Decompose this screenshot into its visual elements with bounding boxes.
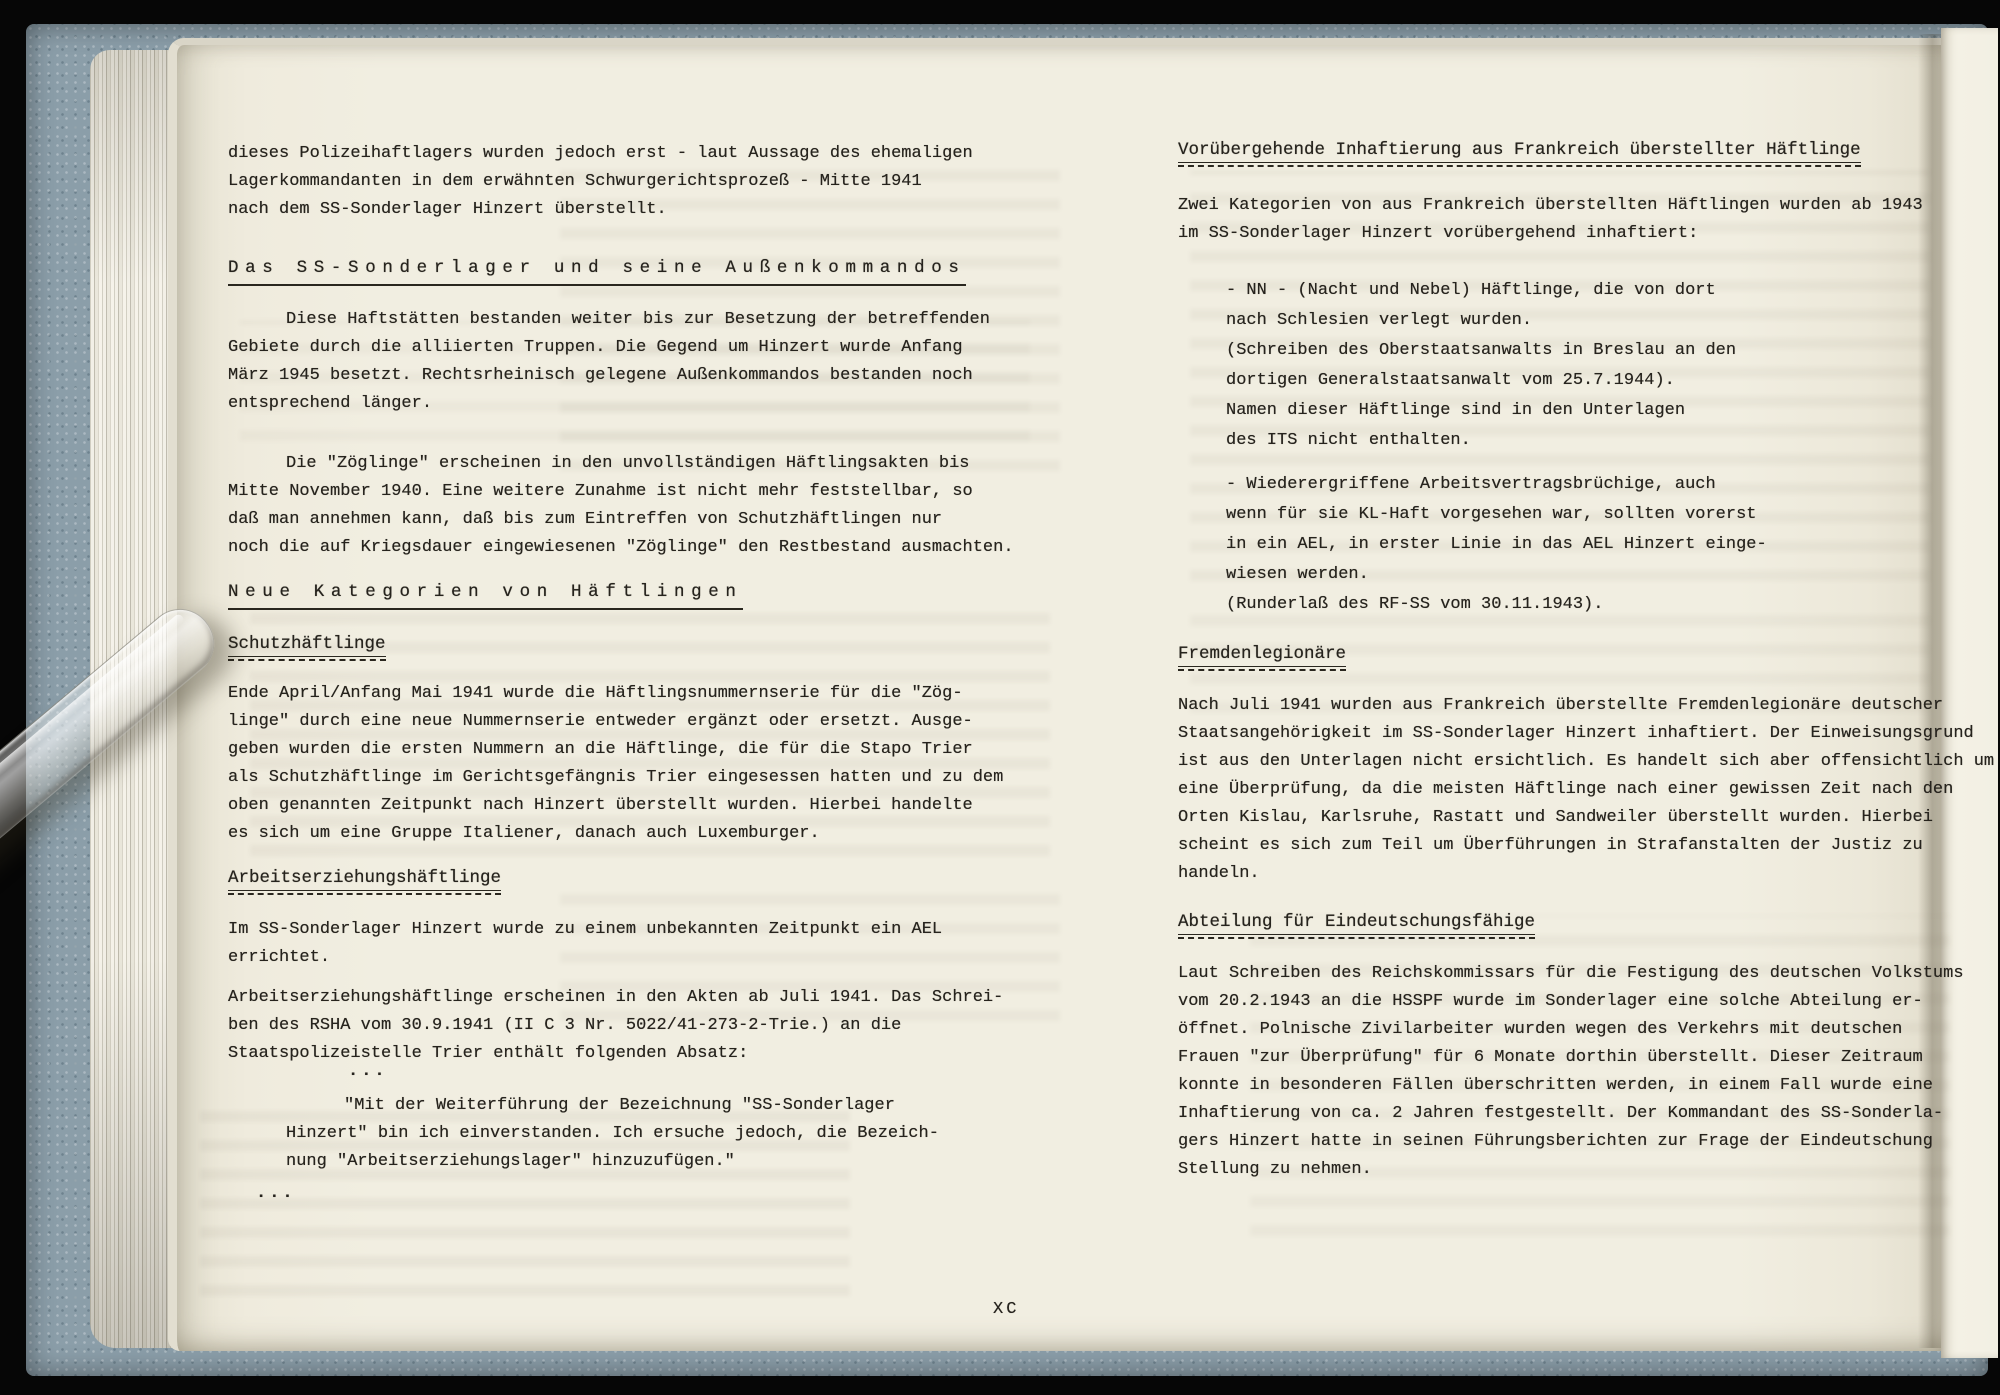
subsection-heading-label: Schutzhäftlinge [228, 634, 386, 657]
paragraph: Ende April/Anfang Mai 1941 wurde die Häf… [228, 680, 1003, 848]
section-heading-fremdenlegionaere: Fremdenlegionäre [1178, 644, 1346, 671]
section-heading-label: Neue Kategorien von Häftlingen [228, 582, 743, 610]
section-heading-eindeutschung: Abteilung für Eindeutschungsfähige [1178, 912, 1535, 939]
section-heading-label: Abteilung für Eindeutschungsfähige [1178, 912, 1535, 935]
section-heading-label: Vorübergehende Inhaftierung aus Frankrei… [1178, 140, 1861, 163]
left-text-column: dieses Polizeihaftlagers wurden jedoch e… [228, 0, 1073, 1395]
paragraph: Im SS-Sonderlager Hinzert wurde zu einem… [228, 916, 942, 972]
paragraph-intro: dieses Polizeihaftlagers wurden jedoch e… [228, 140, 973, 224]
paragraph: Diese Haftstätten bestanden weiter bis z… [228, 306, 990, 418]
list-item-nn: - NN - (Nacht und Nebel) Häftlinge, die … [1226, 276, 1736, 456]
paragraph: Nach Juli 1941 wurden aus Frankreich übe… [1178, 692, 1994, 888]
section-heading-label: Das SS-Sonderlager und seine Außenkomman… [228, 258, 966, 286]
paragraph: Arbeitserziehungshäftlinge erscheinen in… [228, 984, 1003, 1068]
book-photo: dieses Polizeihaftlagers wurden jedoch e… [0, 0, 2000, 1395]
subsection-heading-schutzhaeftlinge: Schutzhäftlinge [228, 634, 386, 661]
list-item-wiederergriffene: - Wiederergriffene Arbeitsvertragsbrüchi… [1226, 470, 1767, 620]
paragraph: Zwei Kategorien von aus Frankreich übers… [1178, 192, 1923, 248]
page-number: XC [993, 1300, 1019, 1319]
block-quote: "Mit der Weiterführung der Bezeichnung "… [286, 1092, 939, 1176]
paragraph: Laut Schreiben des Reichskommissars für … [1178, 960, 1964, 1184]
section-heading-label: Fremdenlegionäre [1178, 644, 1346, 667]
section-heading-sonderlager: Das SS-Sonderlager und seine Außenkomman… [228, 258, 966, 286]
right-text-column: Vorübergehende Inhaftierung aus Frankrei… [1178, 0, 1978, 1395]
section-heading-voruebergehende: Vorübergehende Inhaftierung aus Frankrei… [1178, 140, 1861, 167]
ellipsis: ... [256, 1180, 296, 1208]
subsection-heading-arbeitserziehung: Arbeitserziehungshäftlinge [228, 868, 501, 895]
subsection-heading-label: Arbeitserziehungshäftlinge [228, 868, 501, 891]
paragraph: Die "Zöglinge" erscheinen in den unvolls… [228, 450, 1014, 562]
ellipsis: ... [348, 1058, 388, 1086]
section-heading-neue-kategorien: Neue Kategorien von Häftlingen [228, 582, 743, 610]
